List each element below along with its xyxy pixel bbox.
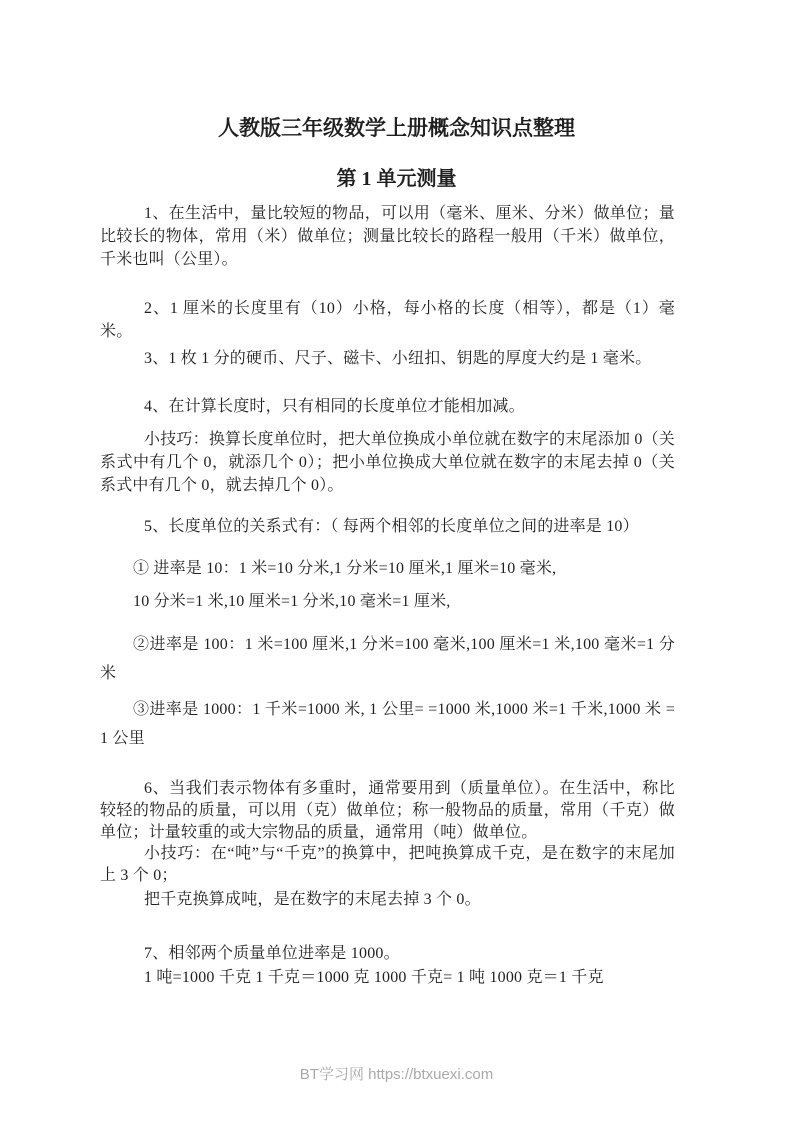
- footer-link[interactable]: https://btxuexi.com: [368, 1066, 493, 1083]
- paragraph-mass-equations: 1 吨=1000 千克 1 千克＝1000 克 1000 千克= 1 吨 100…: [100, 966, 675, 989]
- paragraph-centimeter-grid: 2、1 厘米的长度里有（10）小格，每小格的长度（相等），都是（1）毫米。: [100, 297, 675, 343]
- paragraph-tip-ton-kg-a: 小技巧：在“吨”与“千克”的换算中，把吨换算成千克，是在数字的末尾加上 3 个 …: [100, 843, 675, 887]
- paragraph-rate-1000: ③进率是 1000：1 千米=1000 米, 1 公里= =1000 米,100…: [100, 695, 675, 753]
- paragraph-length-units: 1、在生活中，量比较短的物品，可以用（毫米、厘米、分米）做单位；量比较长的物体，…: [100, 202, 675, 271]
- paragraph-rate-10-a: ① 进率是 10：1 米=10 分米,1 分米=10 厘米,1 厘米=10 毫米…: [100, 557, 675, 580]
- paragraph-one-millimeter: 3、1 枚 1 分的硬币、尺子、磁卡、小纽扣、钥匙的厚度大约是 1 毫米。: [100, 347, 675, 370]
- footer-watermark: BT学习网 https://btxuexi.com: [0, 1064, 793, 1086]
- section-heading: 第 1 单元测量: [0, 165, 793, 193]
- document-page: 人教版三年级数学上册概念知识点整理 第 1 单元测量 1、在生活中，量比较短的物…: [0, 0, 793, 1122]
- paragraph-rate-100: ②进率是 100：1 米=100 厘米,1 分米=100 毫米,100 厘米=1…: [100, 630, 675, 688]
- paragraph-rate-10-b: 10 分米=1 米,10 厘米=1 分米,10 毫米=1 厘米,: [100, 590, 675, 613]
- paragraph-tip-length-conversion: 小技巧：换算长度单位时，把大单位换成小单位就在数字的末尾添加 0（关系式中有几个…: [100, 428, 675, 497]
- paragraph-same-unit: 4、在计算长度时，只有相同的长度单位才能相加减。: [100, 395, 675, 418]
- footer-site-name: BT学习网: [300, 1066, 364, 1083]
- paragraph-mass-units: 6、当我们表示物体有多重时，通常要用到（质量单位）。在生活中，称比较轻的物品的质…: [100, 778, 675, 844]
- paragraph-length-relations: 5、长度单位的关系式有：（ 每两个相邻的长度单位之间的进率是 10）: [100, 515, 675, 538]
- document-title: 人教版三年级数学上册概念知识点整理: [0, 113, 793, 143]
- paragraph-tip-ton-kg-b: 把千克换算成吨，是在数字的末尾去掉 3 个 0。: [100, 888, 675, 911]
- paragraph-mass-rate: 7、相邻两个质量单位进率是 1000。: [100, 942, 675, 965]
